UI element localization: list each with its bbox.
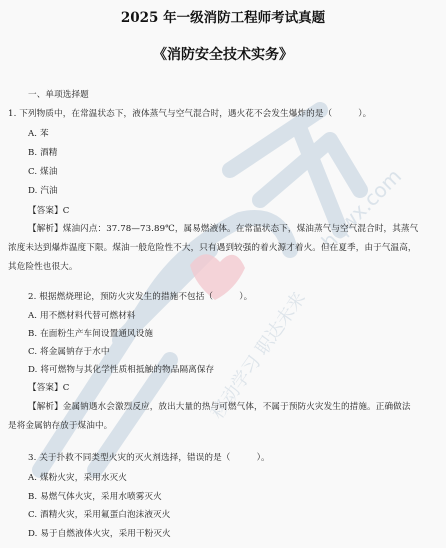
question-1-analysis-line-3: 其危险性也很大。 [8, 260, 78, 272]
question-2-analysis-line-2: 是将金属钠存放于煤油中。 [8, 419, 112, 431]
question-2-option-c: C. 将金属钠存于水中 [28, 345, 110, 357]
document-title: 2025 年一级消防工程师考试真题 [0, 6, 446, 26]
document-page: hqwx.com 移动学习 职达未来 2025 年一级消防工程师考试真题 《消防… [0, 0, 446, 548]
question-3-option-c: C. 酒精火灾，采用氟蛋白泡沫液灭火 [28, 508, 170, 520]
question-1-analysis-line-2: 浓度未达到爆炸温度下限。煤油一般危险性不大，只有遇到较强的着火源才着火。但在夏季… [8, 241, 417, 253]
question-2-option-b: B. 在面粉生产车间设置通风设施 [28, 327, 153, 339]
question-3-option-b: B. 易燃气体火灾，采用水喷雾灭火 [28, 490, 162, 502]
question-2-option-d: D. 将可燃物与其化学性质相抵触的物品隔离保存 [28, 363, 214, 375]
question-2-analysis-line-1: 【解析】金属钠遇水会激烈反应，放出大量的热与可燃气体，不属于预防火灾发生的措施。… [28, 400, 411, 412]
question-2-option-a: A. 用不燃材料代替可燃材料 [28, 309, 136, 321]
question-1-option-b: B. 酒精 [28, 146, 57, 158]
document-subtitle: 《消防安全技术实务》 [0, 44, 446, 64]
question-3-option-a: A. 煤粉火灾，采用水灭火 [28, 471, 127, 483]
watermark-logo: hqwx.com 移动学习 职达未来 [0, 0, 446, 548]
question-1-answer: 【答案】C [28, 204, 69, 216]
section-heading: 一、单项选择题 [28, 88, 89, 100]
question-3-stem: 3. 关于扑救不同类型火灾的灭火剂选择，错误的是（ ）。 [28, 451, 270, 463]
question-2-stem: 2. 根据燃烧理论，预防火灾发生的措施不包括（ ）。 [28, 290, 252, 302]
question-1-option-c: C. 煤油 [28, 165, 57, 177]
question-3-option-d: D. 易于自燃液体火灾，采用干粉灭火 [28, 527, 171, 539]
question-1-stem: 1. 下列物质中，在常温状态下，液体蒸气与空气混合时，遇火花不会发生爆炸的是（ … [8, 107, 371, 119]
question-2-answer: 【答案】C [28, 381, 69, 393]
question-1-option-d: D. 汽油 [28, 184, 58, 196]
question-1-analysis-line-1: 【解析】煤油闪点：37.78—73.89℃，属易燃液体。在常温状态下，煤油蒸气与… [28, 222, 418, 234]
question-1-option-a: A. 苯 [28, 127, 49, 139]
